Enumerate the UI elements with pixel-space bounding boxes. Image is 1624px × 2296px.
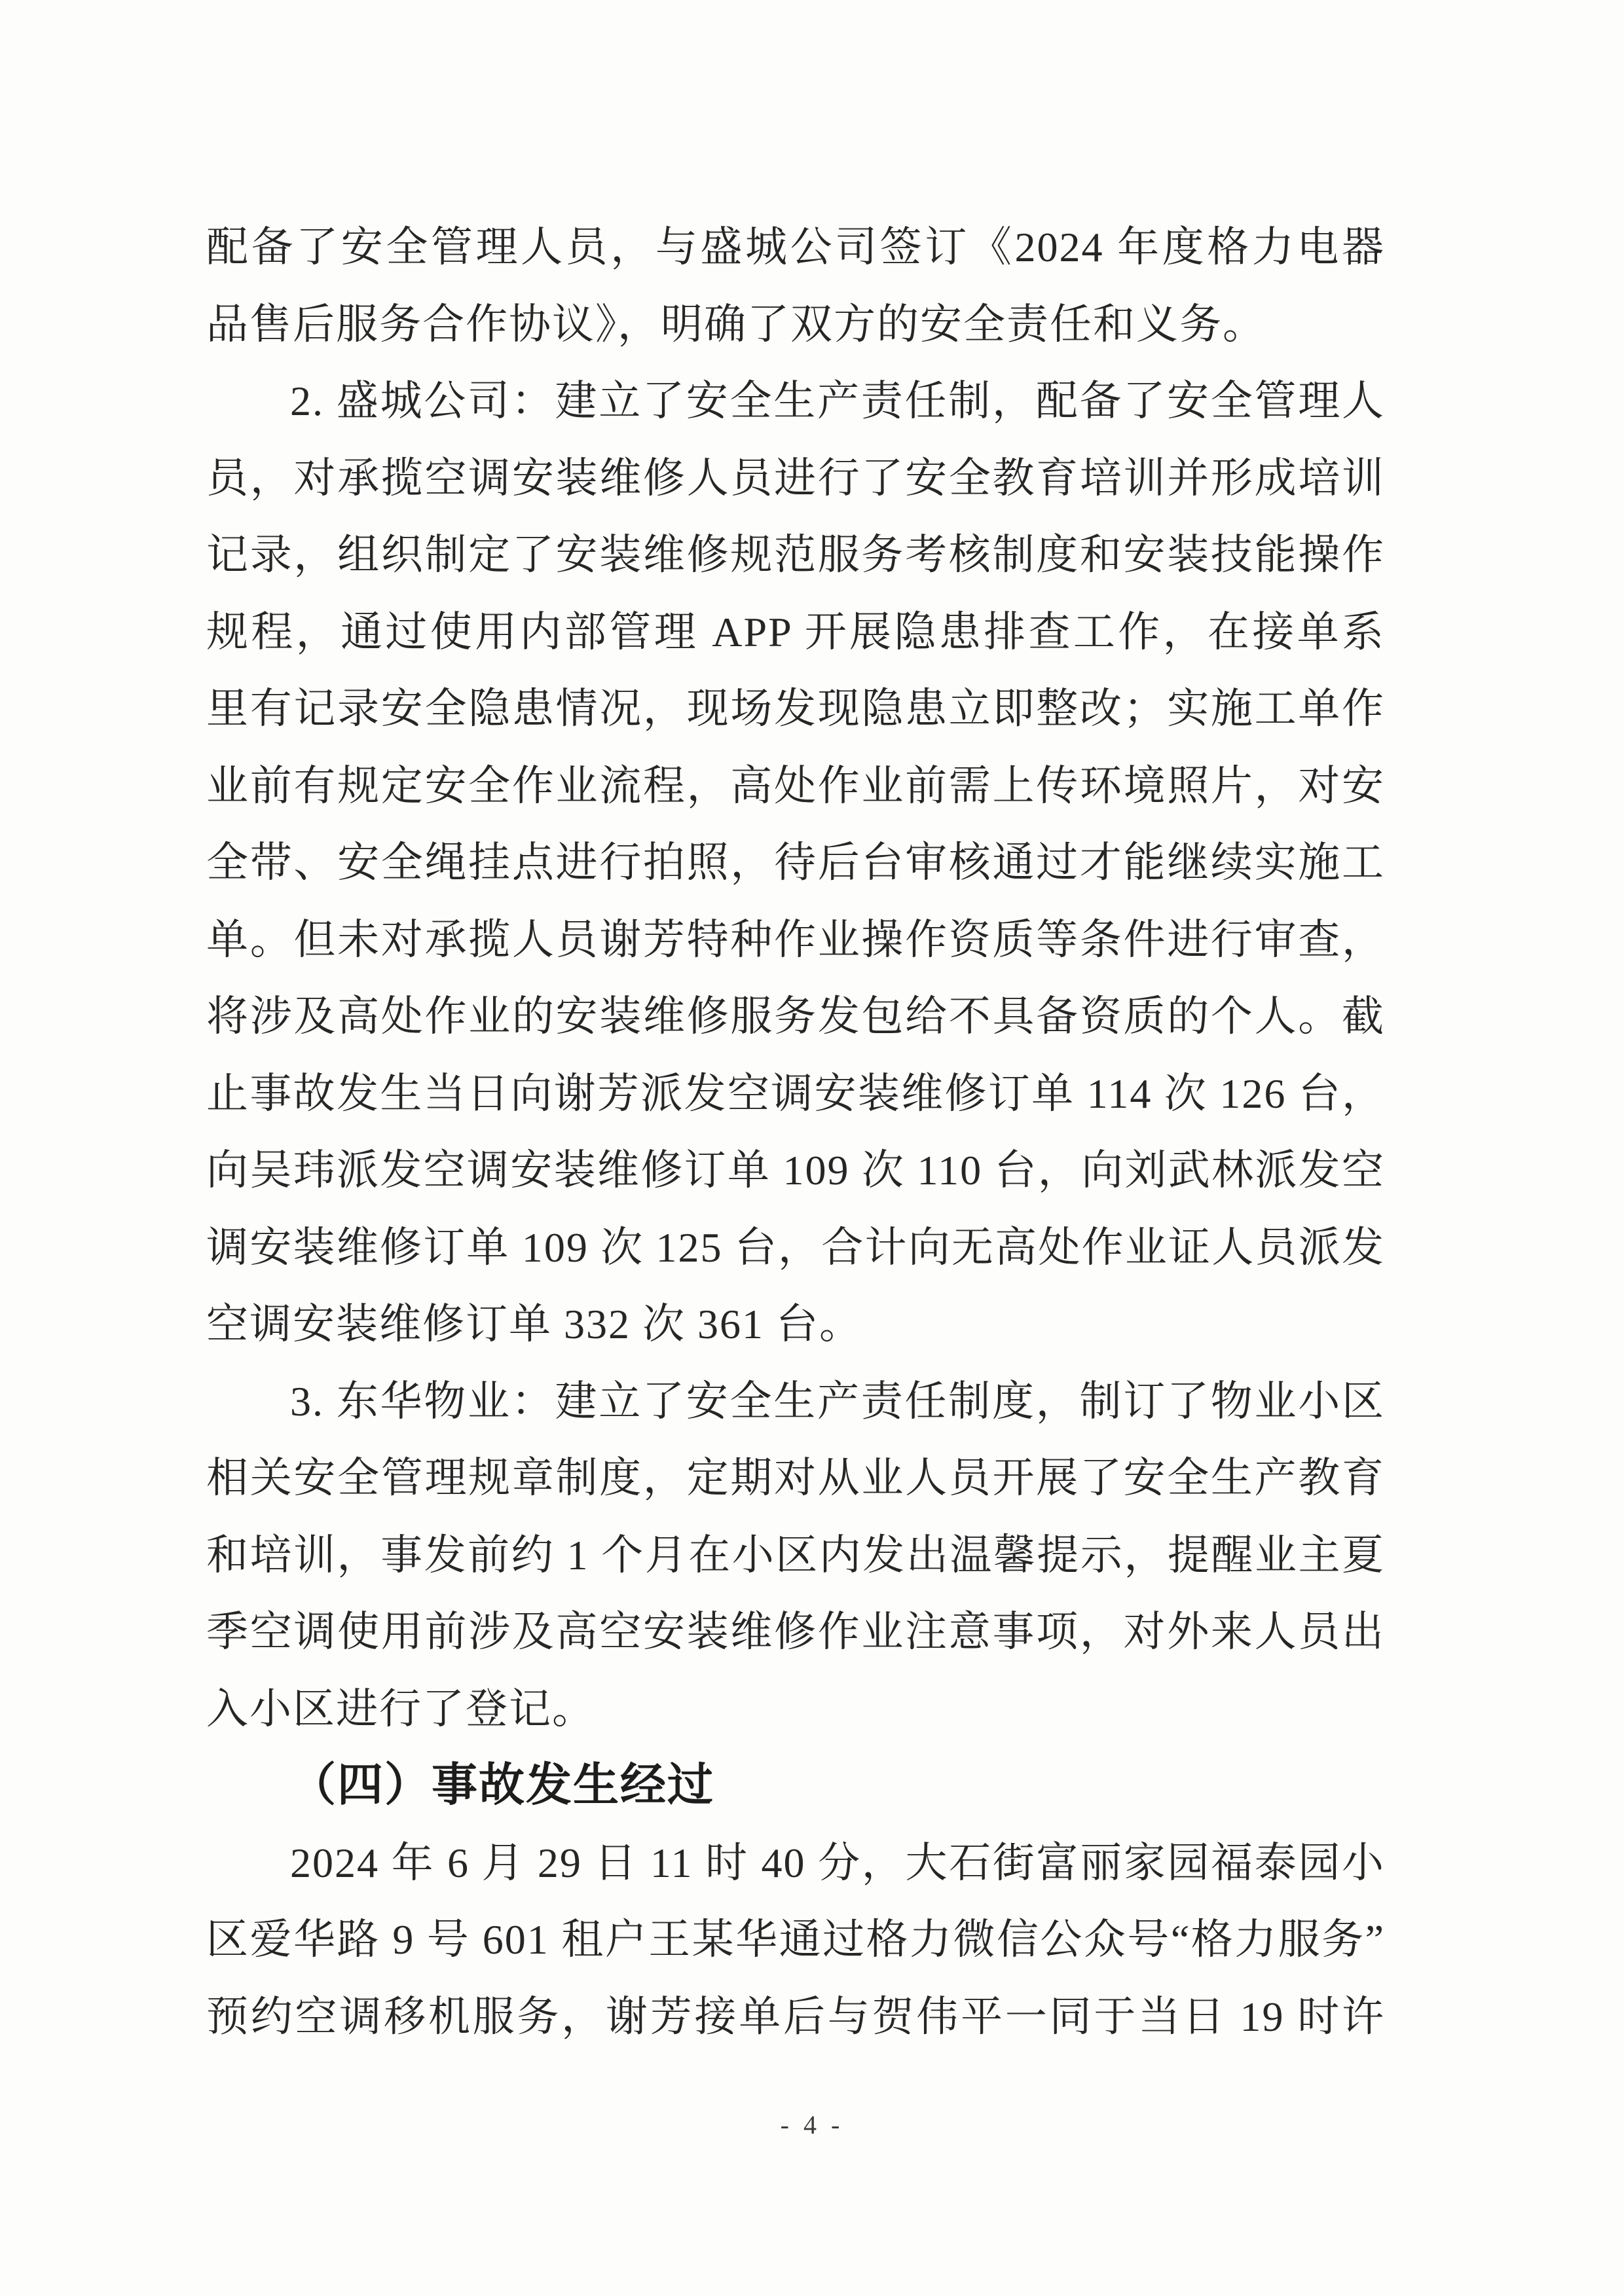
text-line: 2024 年 6 月 29 日 11 时 40 分，大石街富丽家园福泰园小 xyxy=(206,1825,1385,1902)
text-line: 业前有规定安全作业流程，高处作业前需上传环境照片，对安 xyxy=(206,748,1385,825)
text-line: 调安装维修订单 109 次 125 台，合计向无高处作业证人员派发 xyxy=(206,1209,1385,1286)
text-line: 规程，通过使用内部管理 APP 开展隐患排查工作，在接单系统 xyxy=(206,594,1385,671)
document-body: 配备了安全管理人员，与盛城公司签订《2024 年度格力电器产品售后服务合作协议》… xyxy=(206,209,1385,2055)
text-line: 季空调使用前涉及高空安装维修作业注意事项，对外来人员出 xyxy=(206,1594,1385,1671)
text-line: 单。但未对承揽人员谢芳特种作业操作资质等条件进行审查， xyxy=(206,902,1385,979)
text-line: 入小区进行了登记。 xyxy=(206,1671,1385,1748)
text-line: 配备了安全管理人员，与盛城公司签订《2024 年度格力电器产 xyxy=(206,209,1385,286)
text-line: 2. 盛城公司：建立了安全生产责任制，配备了安全管理人 xyxy=(206,363,1385,440)
page-number: - 4 - xyxy=(0,2109,1624,2140)
document-page: 配备了安全管理人员，与盛城公司签订《2024 年度格力电器产品售后服务合作协议》… xyxy=(0,0,1624,2296)
text-line: 预约空调移机服务，谢芳接单后与贺伟平一同于当日 19 时许到 xyxy=(206,1978,1385,2056)
section-heading: （四）事故发生经过 xyxy=(206,1747,1385,1825)
text-line: 向吴玮派发空调安装维修订单 109 次 110 台，向刘武林派发空 xyxy=(206,1132,1385,1209)
text-line: 记录，组织制定了安装维修规范服务考核制度和安装技能操作 xyxy=(206,517,1385,594)
text-line: 和培训，事发前约 1 个月在小区内发出温馨提示，提醒业主夏 xyxy=(206,1517,1385,1594)
text-line: 3. 东华物业：建立了安全生产责任制度，制订了物业小区 xyxy=(206,1363,1385,1440)
text-line: 员，对承揽空调安装维修人员进行了安全教育培训并形成培训 xyxy=(206,440,1385,517)
text-line: 品售后服务合作协议》，明确了双方的安全责任和义务。 xyxy=(206,286,1385,363)
text-line: 将涉及高处作业的安装维修服务发包给不具备资质的个人。截 xyxy=(206,978,1385,1055)
text-line: 全带、安全绳挂点进行拍照，待后台审核通过才能继续实施工 xyxy=(206,824,1385,902)
text-line: 空调安装维修订单 332 次 361 台。 xyxy=(206,1286,1385,1363)
text-line: 止事故发生当日向谢芳派发空调安装维修订单 114 次 126 台， xyxy=(206,1055,1385,1133)
text-line: 相关安全管理规章制度，定期对从业人员开展了安全生产教育 xyxy=(206,1440,1385,1517)
text-line: 里有记录安全隐患情况，现场发现隐患立即整改；实施工单作 xyxy=(206,670,1385,748)
text-line: 区爱华路 9 号 601 租户王某华通过格力微信公众号“格力服务” xyxy=(206,1901,1385,1978)
